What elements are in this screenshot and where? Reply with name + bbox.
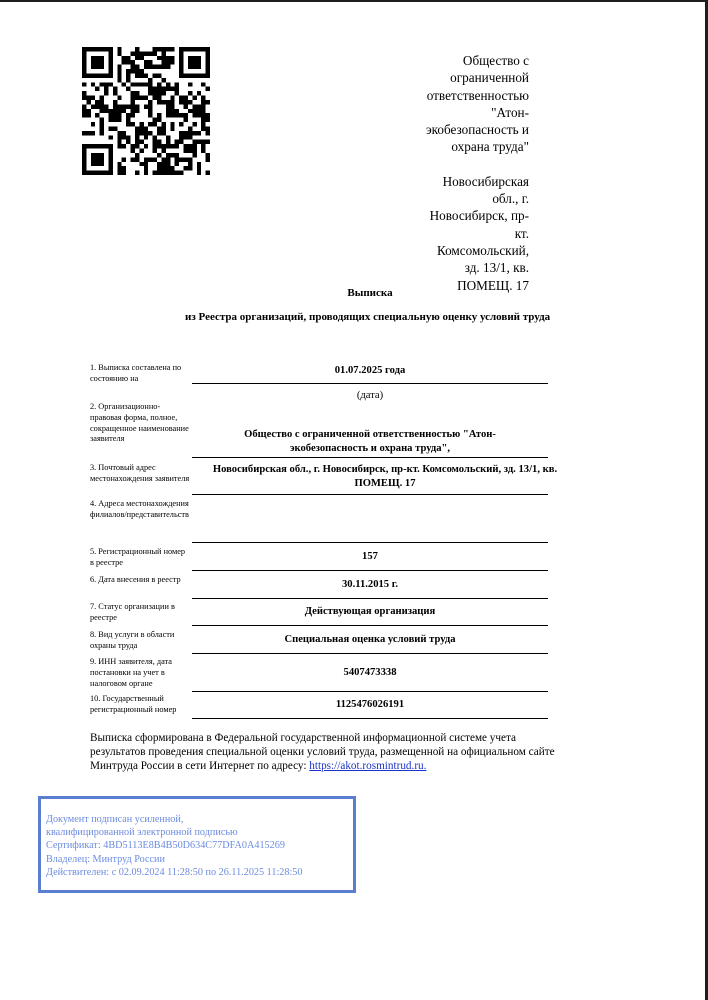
field-underline: [192, 494, 548, 495]
addressee-line: Комсомольский,: [399, 242, 529, 259]
field-value: 157: [192, 550, 548, 564]
field-underline: [192, 383, 548, 384]
stamp-certificate: Сертификат: 4BD5113E8B4B50D634C77DFA0A41…: [46, 839, 303, 852]
addressee-line: Общество с: [399, 52, 529, 69]
addressee-line: охрана труда": [399, 138, 529, 155]
stamp-line: Документ подписан усиленной,: [46, 813, 303, 826]
addressee-line: "Атон-: [399, 104, 529, 121]
addressee-line: Новосибирская: [399, 173, 529, 190]
document-title: Выписка: [0, 287, 708, 299]
field-underline: [192, 625, 548, 626]
rosmintrud-link[interactable]: https://akot.rosmintrud.ru.: [309, 760, 426, 772]
document-subtitle: из Реестра организаций, проводящих специ…: [185, 311, 550, 323]
date-caption: (дата): [192, 390, 548, 401]
field-underline: [192, 457, 548, 458]
field-value: Общество с ограниченной ответственностью…: [192, 428, 548, 456]
qr-code-icon[interactable]: [82, 47, 210, 175]
field-underline: [192, 570, 548, 571]
field-label: 4. Адреса местонахождения филиалов/предс…: [90, 499, 190, 521]
field-value: Специальная оценка условий труда: [192, 633, 548, 647]
addressee-line: Новосибирск, пр-: [399, 207, 529, 224]
addressee-line: ответственностью: [399, 87, 529, 104]
field-label: 8. Вид услуги в области охраны труда: [90, 630, 190, 652]
stamp-validity: Действителен: с 02.09.2024 11:28:50 по 2…: [46, 866, 303, 879]
field-label: 7. Статус организации в реестре: [90, 602, 190, 624]
field-value: 30.11.2015 г.: [192, 578, 548, 592]
field-underline: [192, 718, 548, 719]
document-page: Общество с ограниченной ответственностью…: [0, 2, 705, 1000]
field-label: 5. Регистрационный номер в реестре: [90, 547, 190, 569]
field-underline: [192, 653, 548, 654]
addressee-line: обл., г.: [399, 190, 529, 207]
field-value: 01.07.2025 года: [192, 364, 548, 378]
addressee-address: Новосибирская обл., г. Новосибирск, пр- …: [399, 173, 529, 294]
field-label: 3. Почтовый адрес местонахождения заявит…: [90, 463, 190, 485]
addressee-line: кт.: [399, 225, 529, 242]
field-label: 10. Государственный регистрационный номе…: [90, 694, 190, 716]
addressee-line: зд. 13/1, кв.: [399, 259, 529, 276]
field-underline: [192, 598, 548, 599]
addressee-organization: Общество с ограниченной ответственностью…: [399, 52, 529, 156]
footer-note: Выписка сформирована в Федеральной госуд…: [90, 731, 560, 773]
field-value: 5407473338: [192, 666, 548, 680]
addressee-line: ограниченной: [399, 69, 529, 86]
field-label: 1. Выписка составлена по состоянию на: [90, 363, 190, 385]
field-value: Новосибирская обл., г. Новосибирск, пр-к…: [200, 463, 570, 491]
field-value: 1125476026191: [192, 698, 548, 712]
field-label: 6. Дата внесения в реестр: [90, 575, 190, 586]
field-label: 9. ИНН заявителя, дата постановки на уче…: [90, 657, 190, 689]
stamp-owner: Владелец: Минтруд России: [46, 853, 303, 866]
addressee-line: экобезопасность и: [399, 121, 529, 138]
field-underline: [192, 691, 548, 692]
field-underline: [192, 542, 548, 543]
stamp-line: квалифицированной электронной подписью: [46, 826, 303, 839]
signature-stamp: Документ подписан усиленной, квалифициро…: [38, 796, 356, 893]
field-label: 2. Организационно-правовая форма, полное…: [90, 402, 190, 445]
addressee-block: Общество с ограниченной ответственностью…: [399, 52, 529, 294]
field-value: Действующая организация: [192, 605, 548, 619]
